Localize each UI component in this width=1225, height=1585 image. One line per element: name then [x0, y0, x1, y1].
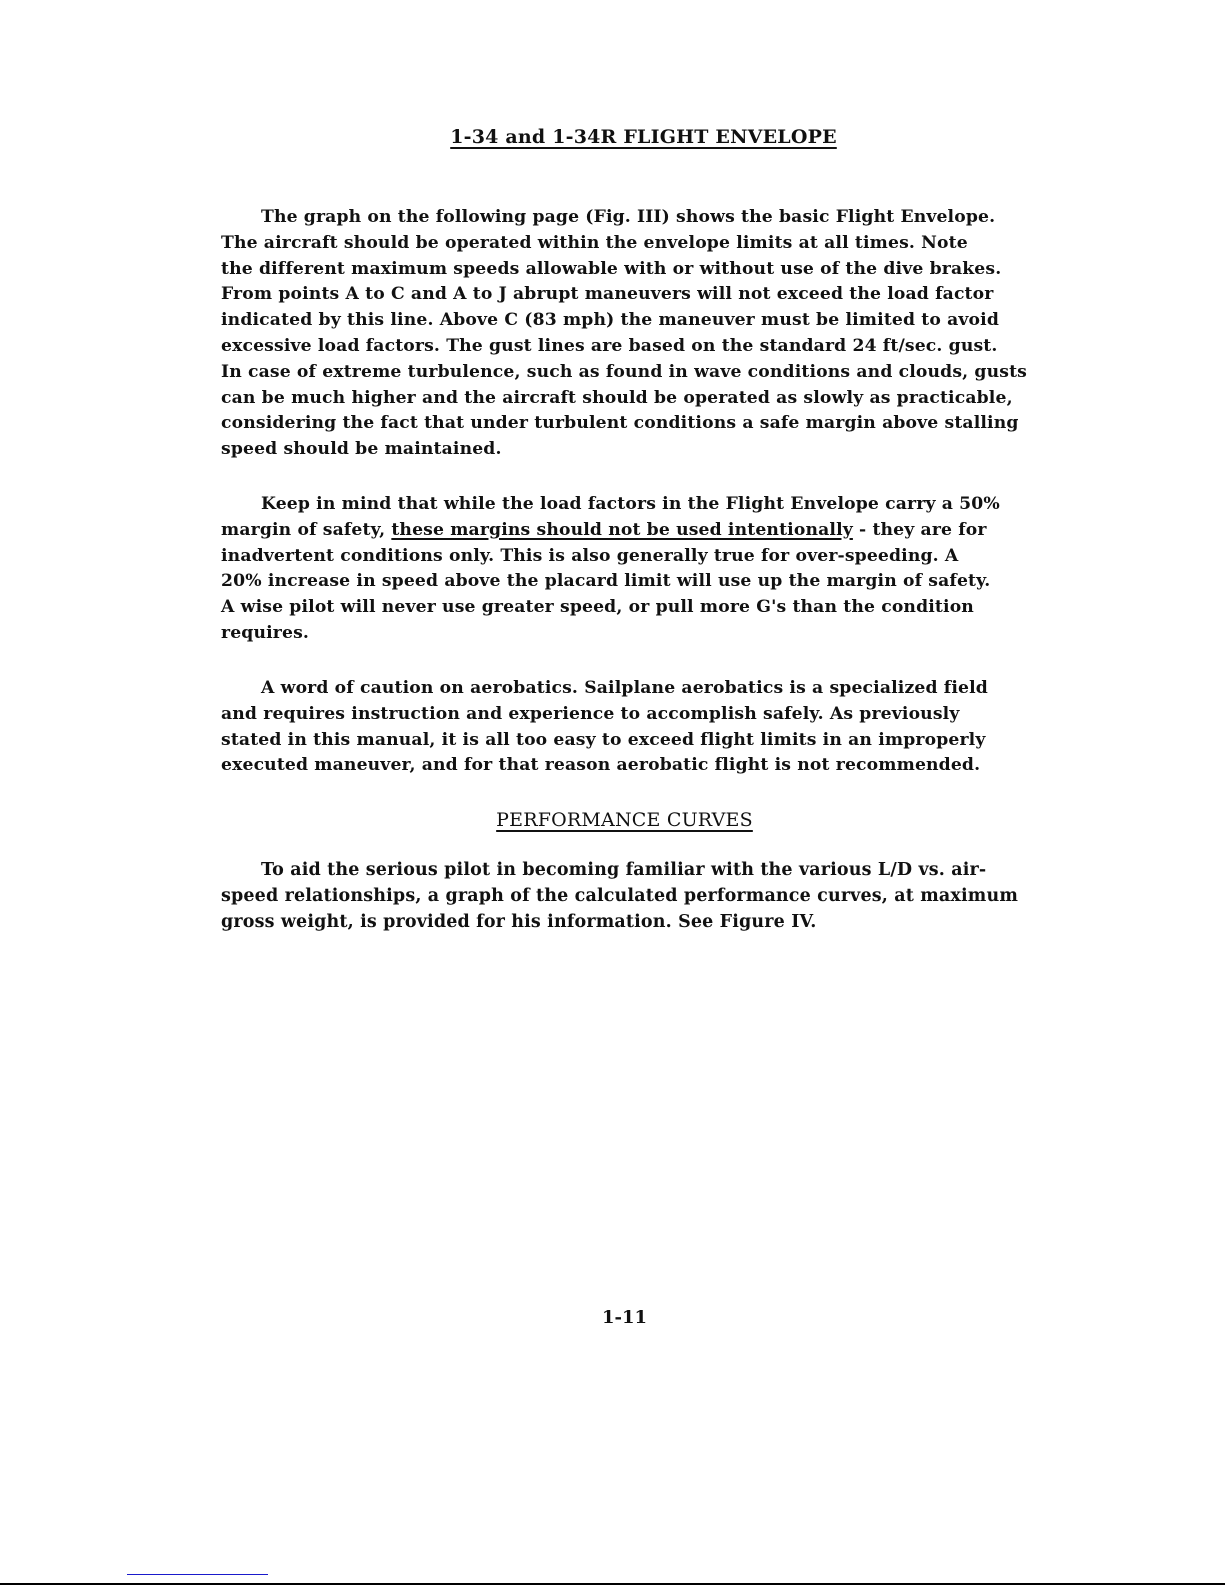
text-line: speed should be maintained.	[221, 437, 1081, 463]
paragraph-performance-curves: To aid the serious pilot in becoming fam…	[221, 858, 1081, 935]
paragraph-aerobatics-caution: A word of caution on aerobatics. Sailpla…	[221, 676, 1081, 779]
text-line: the different maximum speeds allowable w…	[221, 257, 1081, 283]
text-line: inadvertent conditions only. This is als…	[221, 544, 1081, 570]
document-page: 1-34 and 1-34R FLIGHT ENVELOPE The graph…	[0, 0, 1225, 1585]
text-line: excessive load factors. The gust lines a…	[221, 334, 1081, 360]
text-fragment: - they are for	[853, 520, 987, 540]
text-line: margin of safety, these margins should n…	[221, 518, 1081, 544]
section-title-text: PERFORMANCE CURVES	[496, 809, 753, 831]
text-line: stated in this manual, it is all too eas…	[221, 728, 1081, 754]
text-line: requires.	[221, 621, 1081, 647]
text-line: A wise pilot will never use greater spee…	[221, 595, 1081, 621]
text-line: speed relationships, a graph of the calc…	[221, 884, 1081, 910]
section-title-text: 1-34 and 1-34R FLIGHT ENVELOPE	[450, 126, 837, 148]
text-line: considering the fact that under turbulen…	[221, 411, 1081, 437]
text-fragment: margin of safety,	[221, 520, 391, 540]
page-number: 1-11	[0, 1307, 1225, 1328]
paragraph-flight-envelope: The graph on the following page (Fig. II…	[221, 205, 1081, 463]
text-line: executed maneuver, and for that reason a…	[221, 753, 1081, 779]
text-line: The graph on the following page (Fig. II…	[221, 205, 1081, 231]
text-line: To aid the serious pilot in becoming fam…	[221, 858, 1081, 884]
section-title-flight-envelope: 1-34 and 1-34R FLIGHT ENVELOPE	[31, 126, 1225, 148]
paragraph-safety-margin: Keep in mind that while the load factors…	[221, 492, 1081, 647]
text-line: The aircraft should be operated within t…	[221, 231, 1081, 257]
text-line: A word of caution on aerobatics. Sailpla…	[221, 676, 1081, 702]
section-title-performance-curves: PERFORMANCE CURVES	[12, 809, 1225, 831]
text-line: 20% increase in speed above the placard …	[221, 569, 1081, 595]
text-line: In case of extreme turbulence, such as f…	[221, 360, 1081, 386]
text-line: gross weight, is provided for his inform…	[221, 910, 1081, 936]
text-line: Keep in mind that while the load factors…	[221, 492, 1081, 518]
link-underline	[127, 1574, 268, 1575]
underlined-emphasis: these margins should not be used intenti…	[391, 520, 853, 540]
text-line: can be much higher and the aircraft shou…	[221, 386, 1081, 412]
text-line: From points A to C and A to J abrupt man…	[221, 282, 1081, 308]
text-line: indicated by this line. Above C (83 mph)…	[221, 308, 1081, 334]
text-line: and requires instruction and experience …	[221, 702, 1081, 728]
